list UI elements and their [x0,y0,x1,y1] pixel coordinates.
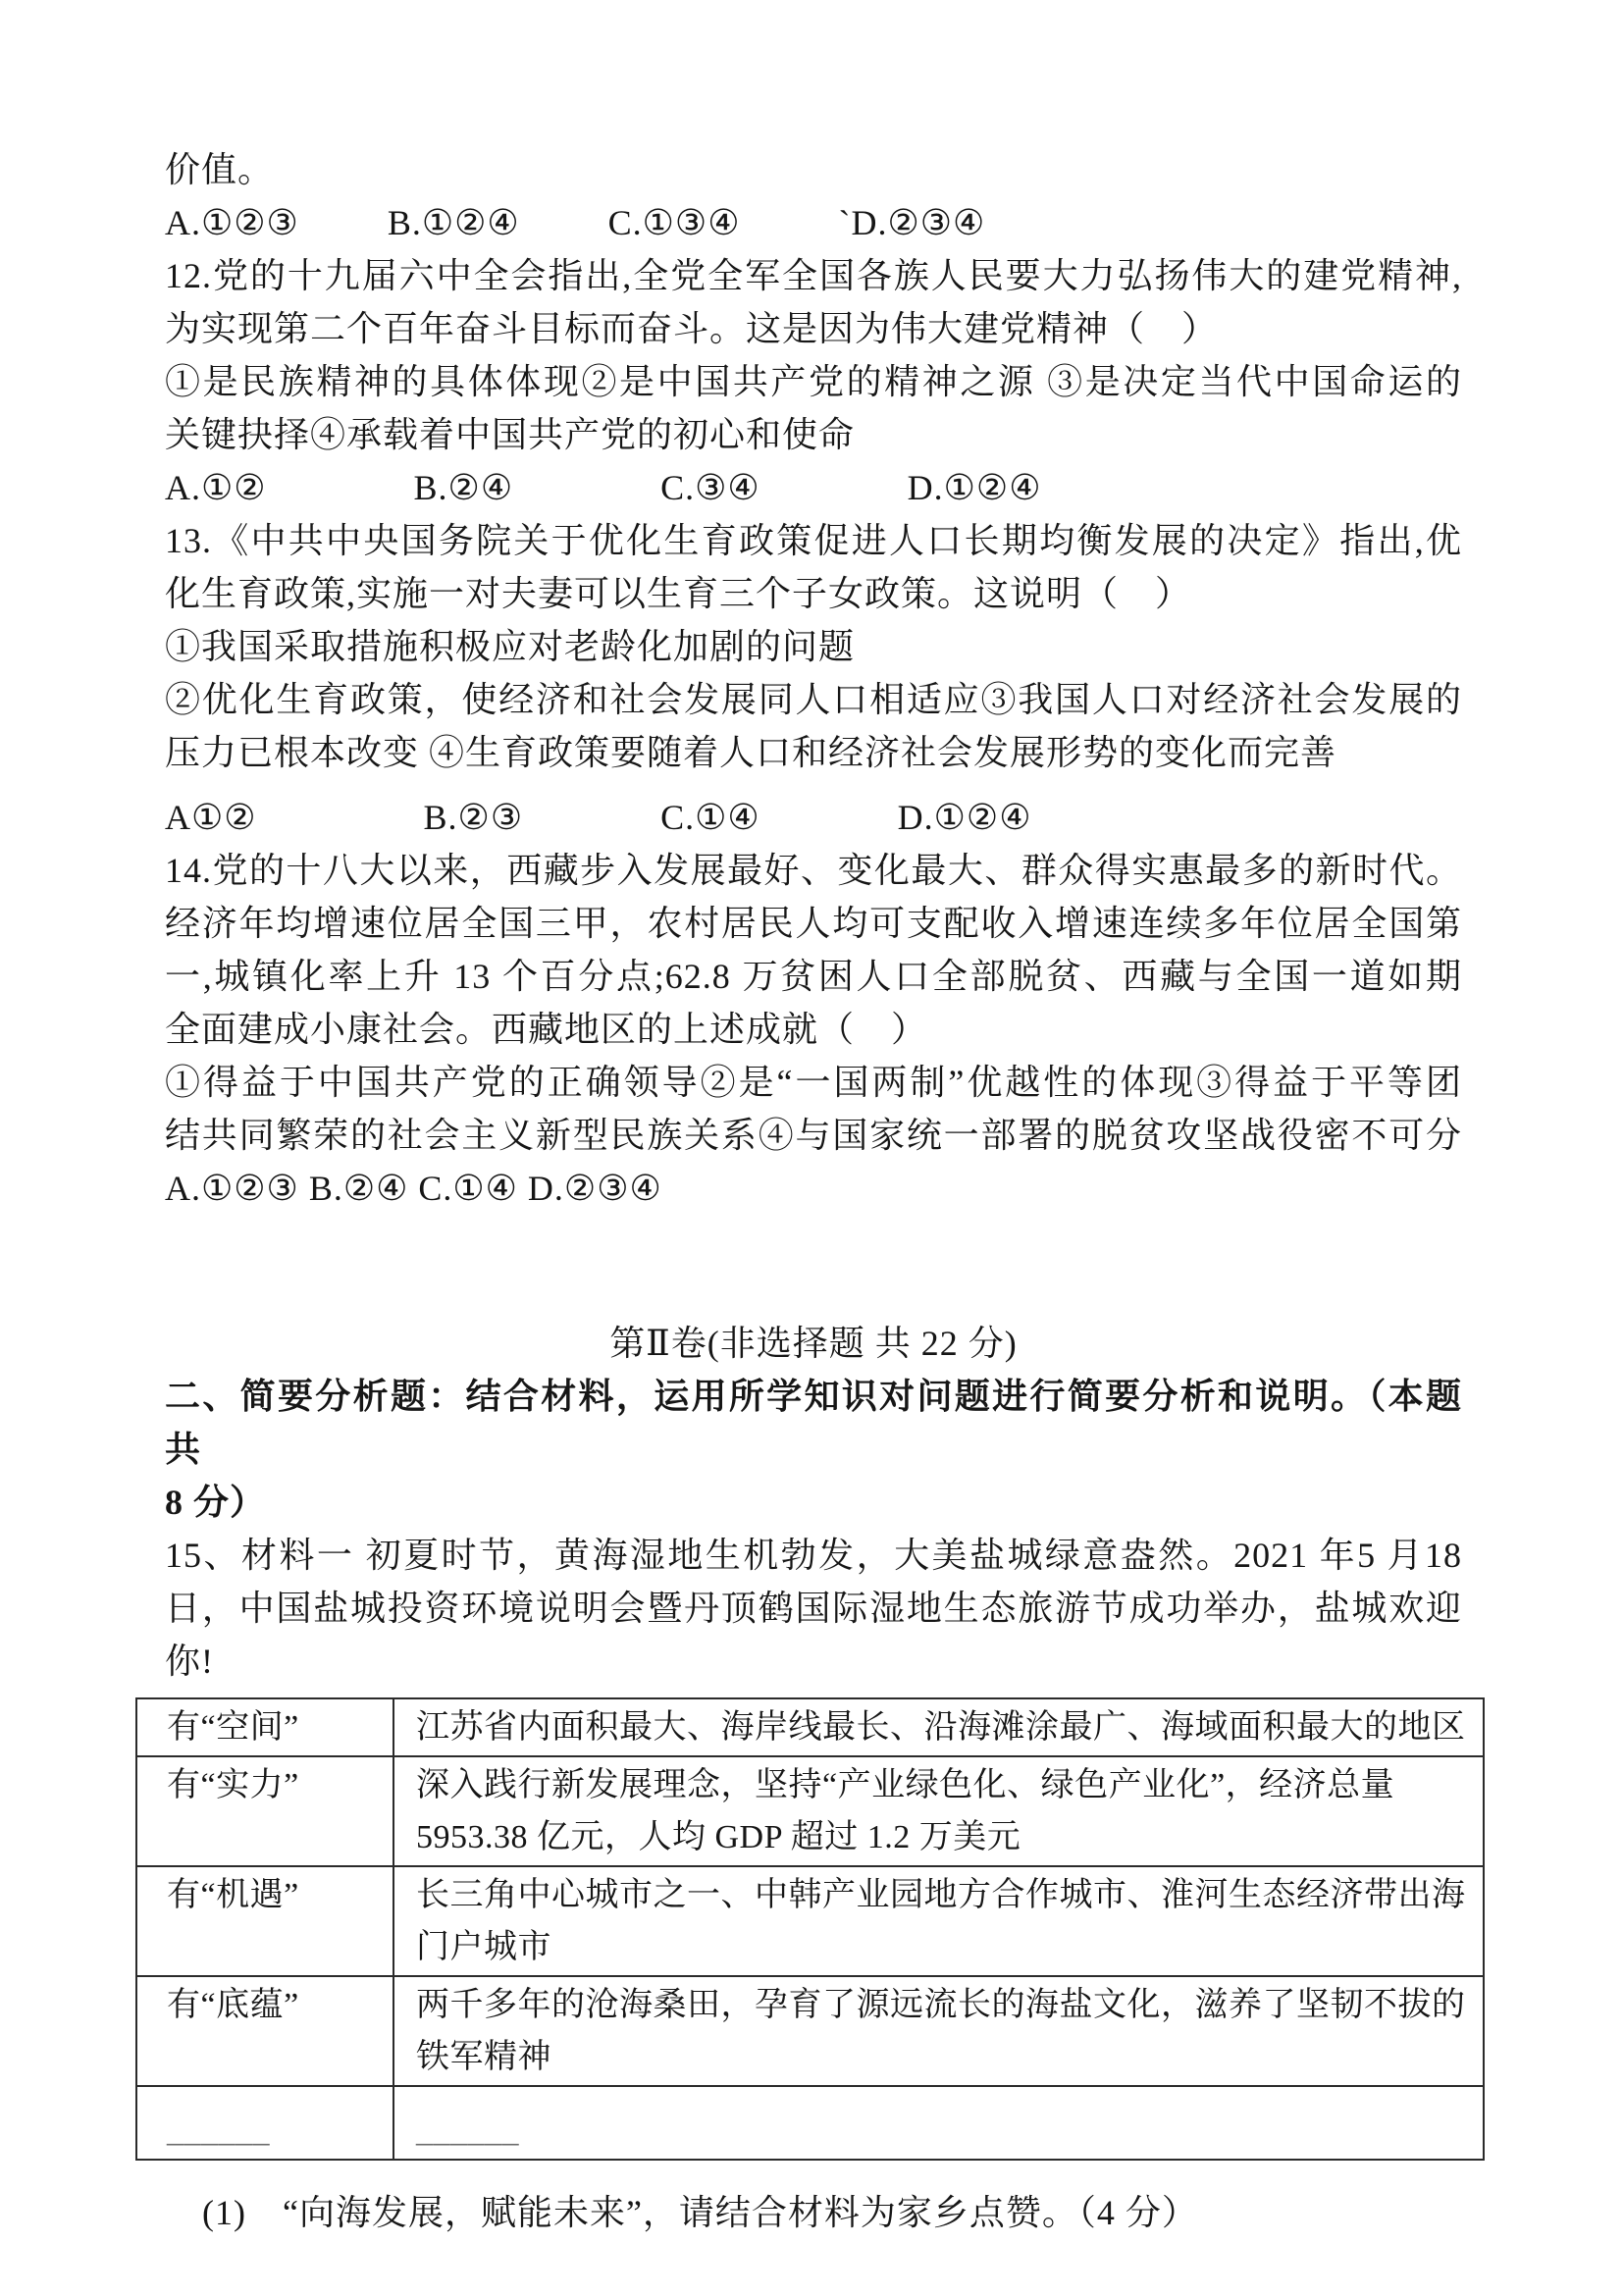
table-row-label: 有“底蕴” [137,1977,394,2085]
part2-intro-line-1: 二、简要分析题：结合材料，运用所学知识对问题进行简要分析和说明。（本题 共 [165,1370,1462,1476]
q14-line-4: 全面建成小康社会。西藏地区的上述成就（ ） [165,1003,1462,1056]
q14-choice-items-1: ①得益于中国共产党的正确领导②是“一国两制”优越性的体现③得益于平等团 [165,1056,1462,1109]
q14-line-3: 一,城镇化率上升 13 个百分点;62.8 万贫困人口全部脱贫、西藏与全国一道如… [165,950,1462,1003]
table-row: 有“机遇” 长三角中心城市之一、中韩产业园地方合作城市、淮河生态经济带出海门户城… [137,1865,1483,1975]
q14-line-1: 14.党的十八大以来，西藏步入发展最好、变化最大、群众得实惠最多的新时代。 [165,844,1462,897]
table-row-text: 两千多年的沧海桑田，孕育了源远流长的海盐文化，滋养了坚韧不拔的铁军精神 [394,1977,1483,2085]
table-row-text: 江苏省内面积最大、海岸线最长、沿海滩涂最广、海域面积最大的地区 [394,1699,1483,1755]
q15-line-2: 日，中国盐城投资环境说明会暨丹顶鹤国际湿地生态旅游节成功举办，盐城欢迎 [165,1582,1462,1635]
part2-intro-line-2: 8 分） [165,1476,1462,1529]
q11-tail-line: 价值。 [165,143,1462,196]
table-row-label: 有“空间” [137,1699,394,1755]
table-row-text: 长三角中心城市之一、中韩产业园地方合作城市、淮河生态经济带出海门户城市 [394,1867,1483,1975]
q13-line-1: 13.《中共中央国务院关于优化生育政策促进人口长期均衡发展的决定》指出,优 [165,514,1462,567]
q15-line-3: 你! [165,1635,1462,1688]
q14-choice-items-2: 结共同繁荣的社会主义新型民族关系④与国家统一部署的脱贫攻坚战役密不可分 [165,1109,1462,1162]
table-row: 有“空间” 江苏省内面积最大、海岸线最长、沿海滩涂最广、海域面积最大的地区 [137,1699,1483,1755]
table-row: 有“实力” 深入践行新发展理念，坚持“产业绿色化、绿色产业化”，经济总量 595… [137,1755,1483,1865]
part2-header: 第Ⅱ卷(非选择题 共 22 分) [165,1317,1462,1370]
q13-options-row: A①② B.②③ C.①④ D.①②④ [165,791,1462,844]
exam-page: 价值。 A.①②③ B.①②④ C.①③④ `D.②③④ 12.党的十九届六中全… [0,0,1623,2296]
q14-options-row: A.①②③ B.②④ C.①④ D.②③④ [165,1162,1462,1215]
q13-choice-items-3: 压力已根本改变 ④生育政策要随着人口和经济社会发展形势的变化而完善 [165,726,1462,779]
q12-choice-items-1: ①是民族精神的具体体现②是中国共产党的精神之源 ③是决定当代中国命运的 [165,355,1462,408]
q15-sub-question-1: (1) “向海发展，赋能未来”，请结合材料为家乡点赞。（4 分） [165,2186,1462,2239]
table-blank-label: ______ [137,2087,394,2159]
q13-line-2: 化生育政策,实施一对夫妻可以生育三个子女政策。这说明（ ） [165,567,1462,620]
q12-line-2: 为实现第二个百年奋斗目标而奋斗。这是因为伟大建党精神（ ） [165,302,1462,355]
q12-line-1: 12.党的十九届六中全会指出,全党全军全国各族人民要大力弘扬伟大的建党精神, [165,249,1462,302]
yancheng-info-table: 有“空间” 江苏省内面积最大、海岸线最长、沿海滩涂最广、海域面积最大的地区 有“… [135,1697,1485,2161]
table-row-text: 深入践行新发展理念，坚持“产业绿色化、绿色产业化”，经济总量 5953.38 亿… [394,1757,1483,1865]
q11-options-row: A.①②③ B.①②④ C.①③④ `D.②③④ [165,196,1462,249]
exam-content: 价值。 A.①②③ B.①②④ C.①③④ `D.②③④ 12.党的十九届六中全… [165,143,1462,2239]
q12-options-row: A.①② B.②④ C.③④ D.①②④ [165,461,1462,514]
q13-choice-items-2: ②优化生育政策，使经济和社会发展同人口相适应③我国人口对经济社会发展的 [165,673,1462,726]
table-row-label: 有“机遇” [137,1867,394,1975]
q14-line-2: 经济年均增速位居全国三甲，农村居民人均可支配收入增速连续多年位居全国第 [165,897,1462,950]
q15-line-1: 15、材料一 初夏时节，黄海湿地生机勃发，大美盐城绿意盎然。2021 年5 月1… [165,1529,1462,1582]
q12-choice-items-2: 关键抉择④承载着中国共产党的初心和使命 [165,408,1462,461]
table-row: 有“底蕴” 两千多年的沧海桑田，孕育了源远流长的海盐文化，滋养了坚韧不拔的铁军精… [137,1975,1483,2085]
table-row-blank: ______ ______ [137,2085,1483,2159]
table-blank-text: ______ [394,2087,1483,2159]
table-row-label: 有“实力” [137,1757,394,1865]
q13-choice-items-1: ①我国采取措施积极应对老龄化加剧的问题 [165,620,1462,673]
